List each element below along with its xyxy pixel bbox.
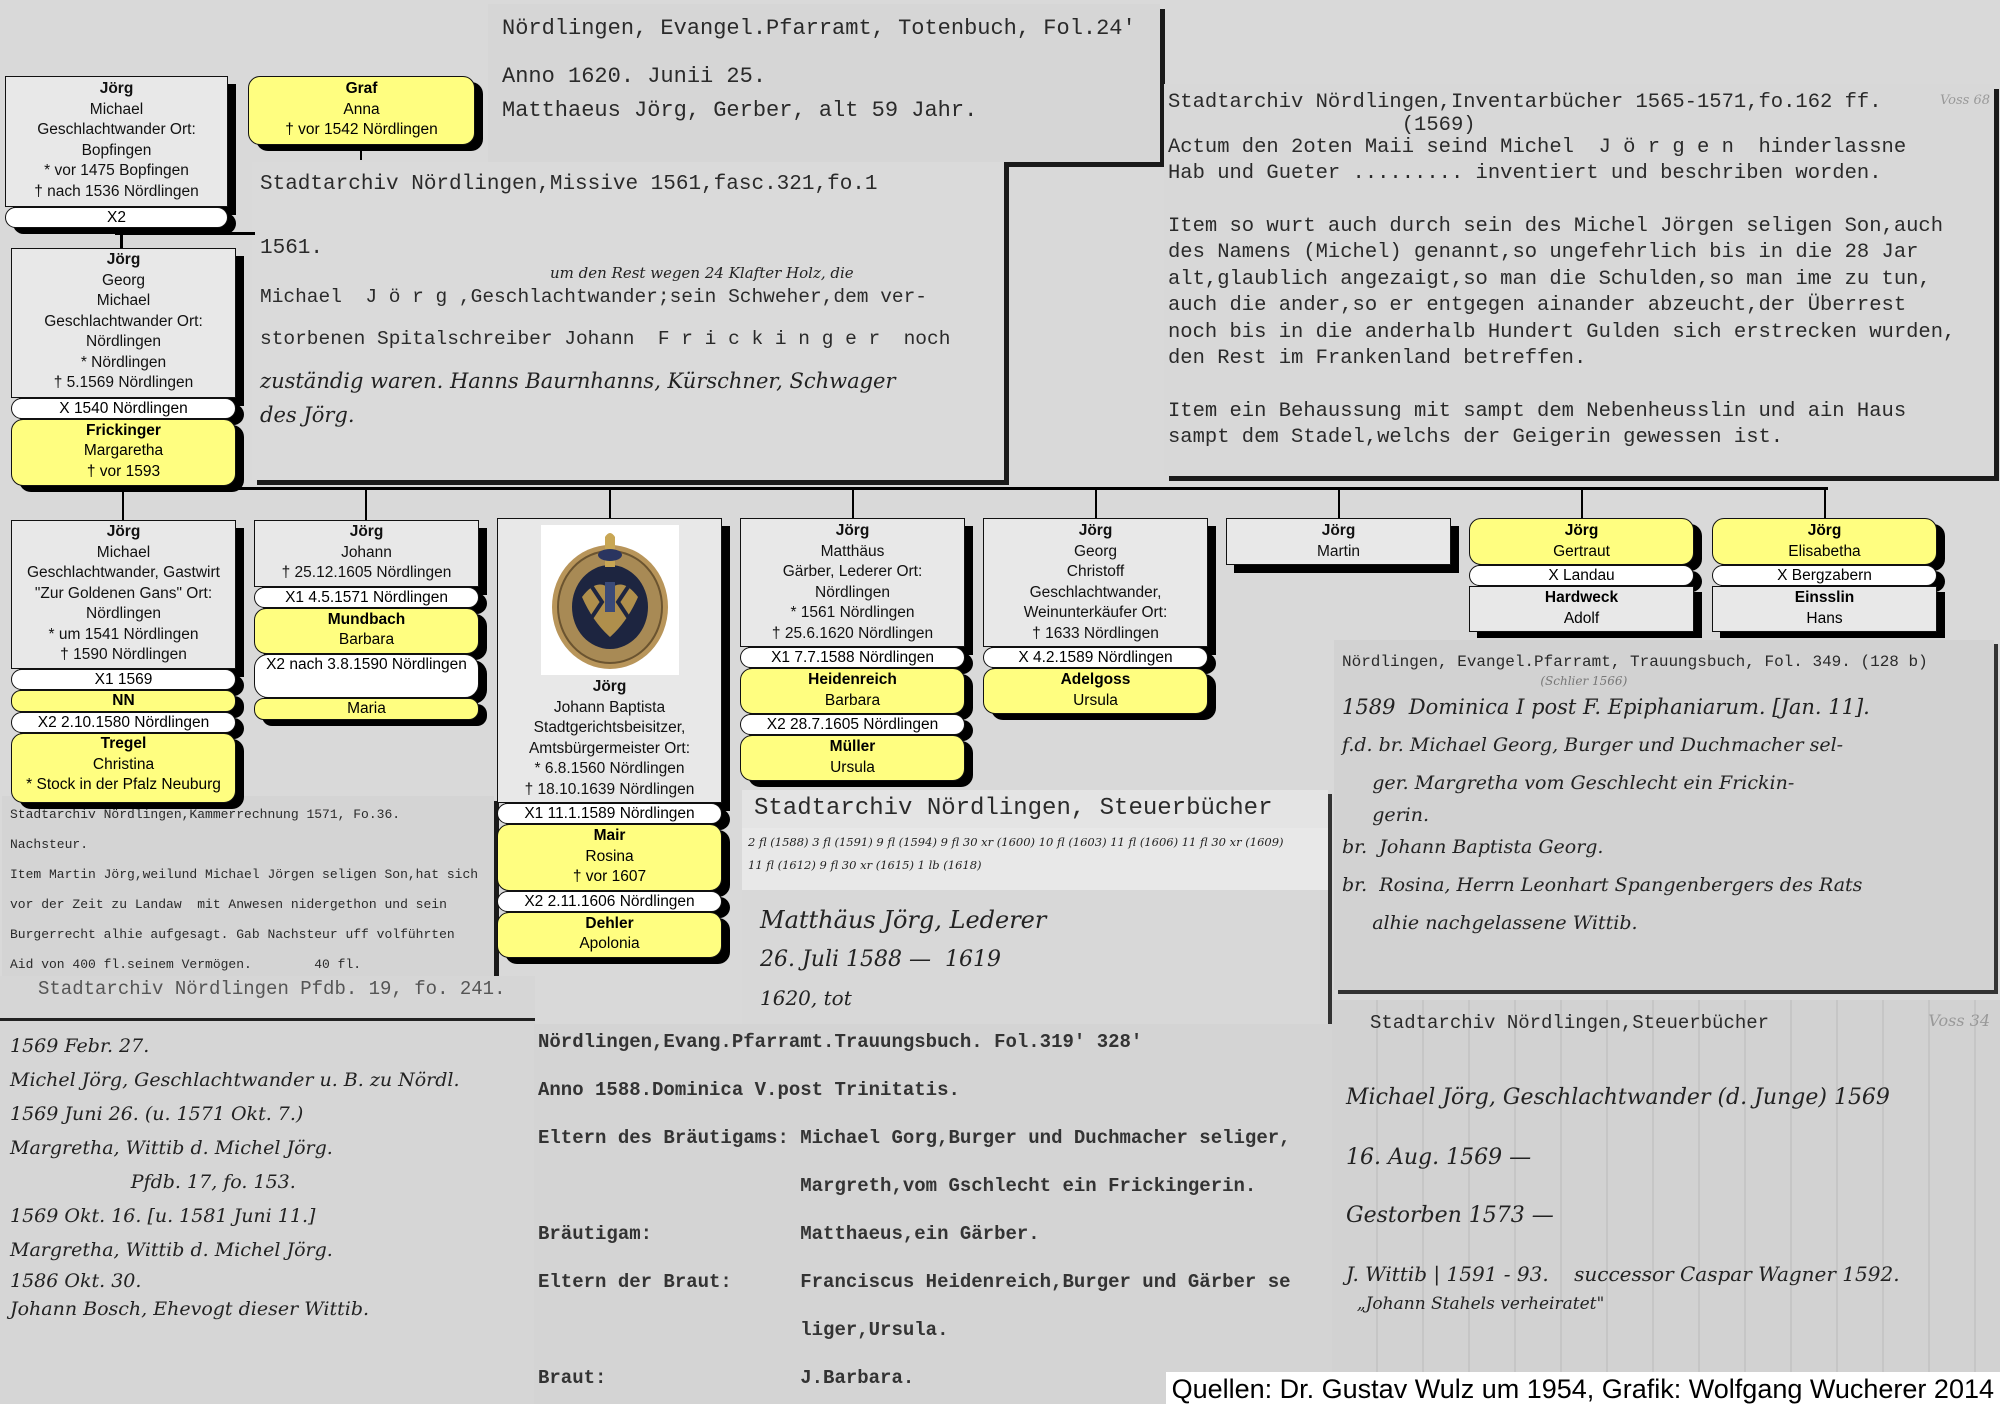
person-given-name: Elisabetha bbox=[1713, 542, 1936, 563]
person-box[interactable]: Jörg Michael Geschlachtwander Ort: Bopfi… bbox=[5, 76, 228, 207]
doc-line: gerin. bbox=[1342, 802, 1986, 828]
connector-line bbox=[1338, 488, 1340, 520]
spouse-box[interactable]: Adelgoss Ursula bbox=[983, 668, 1208, 714]
person-surname: Jörg bbox=[984, 521, 1207, 542]
doc-line: ger. Margretha vom Geschlecht ein Fricki… bbox=[1342, 764, 1986, 802]
person-detail: Geschlachtwander, Gastwirt bbox=[12, 563, 235, 584]
spouse-box[interactable]: Heidenreich Barbara bbox=[740, 668, 965, 714]
marriage-label: X2 2.11.1606 Nördlingen bbox=[497, 891, 722, 912]
person-given-name: Georg bbox=[984, 542, 1207, 563]
person-surname: Jörg bbox=[741, 521, 964, 542]
child-group-martin: Jörg Martin bbox=[1226, 518, 1451, 565]
person-given-name: Ursula bbox=[984, 691, 1207, 712]
person-surname: NN bbox=[12, 691, 235, 712]
doc-line: vor der Zeit zu Landaw mit Anwesen nider… bbox=[10, 890, 486, 920]
doc-steuerbuecher-2: Voss 34 Stadtarchiv Nördlingen,Steuerbüc… bbox=[1332, 1000, 2000, 1404]
doc-line: Stadtarchiv Nördlingen,Inventarbücher 15… bbox=[1168, 90, 1990, 117]
connector-line bbox=[120, 234, 123, 248]
doc-line: 2 fl (1588) 3 fl (1591) 9 fl (1594) 9 fl… bbox=[748, 830, 1322, 854]
doc-line: Eltern der Braut: Franciscus Heidenreich… bbox=[538, 1270, 1330, 1294]
doc-annotation: um den Rest wegen 24 Klafter Holz, die bbox=[550, 266, 996, 280]
person-given-name: Matthäus bbox=[741, 542, 964, 563]
person-surname: Jörg bbox=[12, 522, 235, 543]
doc-line: des Namens (Michel) genannt,so ungefehrl… bbox=[1168, 240, 1990, 267]
doc-line: Margretha, Wittib d. Michel Jörg. bbox=[10, 1233, 525, 1267]
person-given-name: Michael bbox=[12, 543, 235, 564]
person-detail: † vor 1593 bbox=[12, 462, 235, 483]
doc-line: 1620, tot bbox=[742, 980, 1328, 1016]
person-box[interactable]: Jörg Johann Baptista Stadtgerichtsbeisit… bbox=[497, 518, 722, 803]
doc-line: Michael J ö r g ,Geschlachtwander;sein S… bbox=[260, 280, 996, 314]
person-given-name: Anna bbox=[249, 100, 474, 121]
person-detail: † nach 1536 Nördlingen bbox=[6, 182, 227, 203]
doc-line bbox=[538, 1150, 1330, 1174]
connector-line bbox=[1824, 488, 1826, 520]
doc-line: Johann Bosch, Ehevogt dieser Wittib. bbox=[10, 1295, 525, 1323]
connector-line bbox=[365, 488, 367, 520]
person-detail: Geschlachtwander, bbox=[984, 583, 1207, 604]
doc-line: Nördlingen, Evangel.Pfarramt, Totenbuch,… bbox=[502, 12, 1146, 46]
doc-line: sampt dem Stadel,welchs der Geigerin gew… bbox=[1168, 425, 1990, 452]
doc-line: (1569) bbox=[1168, 117, 1990, 135]
doc-line: 1586 Okt. 30. bbox=[10, 1267, 525, 1295]
person-box[interactable]: Jörg Martin bbox=[1226, 518, 1451, 565]
person-detail: * 1561 Nördlingen bbox=[741, 603, 964, 624]
doc-line: 1561. bbox=[260, 232, 996, 266]
spouse-box[interactable]: NN bbox=[11, 690, 236, 713]
child-group-gertraut: Jörg Gertraut X Landau Hardweck Adolf bbox=[1469, 518, 1694, 632]
doc-line: 1569 Okt. 16. [u. 1581 Juni 11.] bbox=[10, 1199, 525, 1233]
spouse-box[interactable]: Mair Rosina † vor 1607 bbox=[497, 824, 722, 891]
doc-pfandbuch: Stadtarchiv Nördlingen Pfdb. 19, fo. 241… bbox=[0, 976, 535, 1404]
doc-line: liger,Ursula. bbox=[538, 1318, 1330, 1342]
person-given-name: Hans bbox=[1713, 609, 1936, 630]
person-detail: † 25.12.1605 Nördlingen bbox=[255, 563, 478, 584]
spouse-box[interactable]: Tregel Christina * Stock in der Pfalz Ne… bbox=[11, 733, 236, 803]
person-detail: Nördlingen bbox=[12, 332, 235, 353]
doc-line: Eltern des Bräutigams: Michael Gorg,Burg… bbox=[538, 1126, 1330, 1150]
doc-inventar: Voss 68 Stadtarchiv Nördlingen,Inventarb… bbox=[1164, 84, 1994, 476]
doc-line: Gestorben 1573 — bbox=[1346, 1196, 1986, 1236]
doc-line: Bräutigam: Matthaeus,ein Gärber. bbox=[538, 1222, 1330, 1246]
person-box[interactable]: Jörg Georg Michael Geschlachtwander Ort:… bbox=[11, 248, 236, 398]
doc-line: Anno 1620. Junii 25. bbox=[502, 60, 1146, 94]
doc-line: 16. Aug. 1569 — bbox=[1346, 1138, 1986, 1178]
person-detail: * um 1541 Nördlingen bbox=[12, 625, 235, 646]
marriage-label: X1 4.5.1571 Nördlingen bbox=[254, 587, 479, 608]
person-given-name: Apolonia bbox=[498, 934, 721, 955]
person-surname: Graf bbox=[249, 79, 474, 100]
connector-line bbox=[609, 488, 611, 520]
doc-line: Michael Jörg, Geschlachtwander (d. Junge… bbox=[1346, 1078, 1986, 1118]
person-surname: Jörg bbox=[6, 79, 227, 100]
child-group-georg-christoff: Jörg Georg Christoff Geschlachtwander, W… bbox=[983, 518, 1208, 714]
person-detail: † 18.10.1639 Nördlingen bbox=[498, 780, 721, 801]
doc-line: alhie nachgelassene Wittib. bbox=[1342, 904, 1986, 942]
person-given-name: Martin bbox=[1227, 542, 1450, 563]
person-surname: Adelgoss bbox=[984, 670, 1207, 691]
doc-line: Stadtarchiv Nördlingen,Kammerrechnung 15… bbox=[10, 800, 486, 830]
person-detail: † 25.6.1620 Nördlingen bbox=[741, 624, 964, 645]
child-group-elisabetha: Jörg Elisabetha X Bergzabern Einsslin Ha… bbox=[1712, 518, 1937, 632]
person-detail: † 1633 Nördlingen bbox=[984, 624, 1207, 645]
person-surname: Jörg bbox=[1713, 521, 1936, 542]
doc-line bbox=[538, 1294, 1330, 1318]
person-given-name: Barbara bbox=[255, 630, 478, 651]
doc-line: Matthäus Jörg, Lederer bbox=[742, 890, 1328, 940]
person-surname: Hardweck bbox=[1470, 588, 1693, 609]
person-given-name: Ursula bbox=[741, 758, 964, 779]
doc-line: (Schlier 1566) bbox=[1342, 674, 1986, 688]
person-surname: Einsslin bbox=[1713, 588, 1936, 609]
marriage-label: X2 nach 3.8.1590 Nördlingen bbox=[254, 654, 479, 698]
person-surname: Frickinger bbox=[12, 421, 235, 442]
person-surname: Tregel bbox=[12, 734, 235, 755]
doc-line: Nachsteur. bbox=[10, 830, 486, 860]
person-given-name: Adolf bbox=[1470, 609, 1693, 630]
doc-trauung-1589: Nördlingen, Evangel.Pfarramt, Trauungsbu… bbox=[1334, 640, 1994, 990]
spouse-box[interactable]: Hardweck Adolf bbox=[1469, 586, 1694, 632]
doc-line bbox=[1168, 373, 1990, 399]
doc-line: Item ein Behaussung mit sampt dem Nebenh… bbox=[1168, 399, 1990, 426]
doc-line: 11 fl (1612) 9 fl 30 xr (1615) 1 lb (161… bbox=[748, 854, 1322, 876]
doc-line: Item Martin Jörg,weilund Michael Jörgen … bbox=[10, 860, 486, 890]
person-detail: † vor 1542 Nördlingen bbox=[249, 120, 474, 141]
person-surname: Mundbach bbox=[255, 610, 478, 631]
connector-line bbox=[852, 488, 854, 520]
person-given-name: Rosina bbox=[498, 847, 721, 868]
doc-line: noch bis in die anderhalb Hundert Gulden… bbox=[1168, 320, 1990, 347]
doc-line: br. Johann Baptista Georg. bbox=[1342, 828, 1986, 866]
doc-line: storbenen Spitalschreiber Johann F r i c… bbox=[260, 322, 996, 356]
doc-line: Pfdb. 17, fo. 153. bbox=[10, 1165, 525, 1199]
connector-line bbox=[1095, 488, 1097, 520]
doc-line: 1589 Dominica I post F. Epiphaniarum. [J… bbox=[1342, 688, 1986, 726]
marriage-label: X1 7.7.1588 Nördlingen bbox=[740, 647, 965, 668]
child-group-michael: Jörg Michael Geschlachtwander, Gastwirt … bbox=[11, 520, 236, 803]
gen1-father-group: Jörg Michael Geschlachtwander Ort: Bopfi… bbox=[5, 76, 228, 228]
person-box[interactable]: Jörg Georg Christoff Geschlachtwander, W… bbox=[983, 518, 1208, 647]
doc-line: Margretha, Wittib d. Michel Jörg. bbox=[10, 1131, 525, 1165]
person-detail: * vor 1475 Bopfingen bbox=[6, 161, 227, 182]
person-detail: Stadtgerichtsbeisitzer, bbox=[498, 718, 721, 739]
doc-margin-note: Voss 68 bbox=[1940, 88, 1990, 115]
person-detail: Nördlingen bbox=[12, 604, 235, 625]
connector-line bbox=[115, 232, 255, 235]
person-detail: Weinunterkäufer Ort: bbox=[984, 603, 1207, 624]
doc-line: 26. Juli 1588 — 1619 bbox=[742, 940, 1328, 980]
person-detail: "Zur Goldenen Gans" Ort: bbox=[12, 584, 235, 605]
doc-line: Nördlingen, Evangel.Pfarramt, Trauungsbu… bbox=[1342, 650, 1986, 674]
person-detail: * Nördlingen bbox=[12, 353, 235, 374]
person-given-name: Johann bbox=[255, 543, 478, 564]
person-box[interactable]: Jörg Matthäus Gärber, Lederer Ort: Nördl… bbox=[740, 518, 965, 647]
person-detail: † 5.1569 Nördlingen bbox=[12, 373, 235, 394]
marriage-label: X Bergzabern bbox=[1712, 565, 1937, 586]
doc-line: auch die ander,so er entgegen ainander a… bbox=[1168, 293, 1990, 320]
marriage-label: X 1540 Nördlingen bbox=[11, 398, 236, 419]
connector-line bbox=[122, 488, 124, 520]
person-detail: Bopfingen bbox=[6, 141, 227, 162]
person-given-name: Georg bbox=[12, 271, 235, 292]
doc-line bbox=[538, 1054, 1330, 1078]
doc-line: Item so wurt auch durch sein des Michel … bbox=[1168, 214, 1990, 241]
spouse-box[interactable]: Mundbach Barbara bbox=[254, 608, 479, 654]
person-detail: Gärber, Lederer Ort: bbox=[741, 562, 964, 583]
person-given-name: Christina bbox=[12, 755, 235, 776]
doc-line: Stadtarchiv Nördlingen,Missive 1561,fasc… bbox=[260, 168, 996, 202]
person-given-name: Margaretha bbox=[12, 441, 235, 462]
spouse-box[interactable]: Dehler Apolonia bbox=[497, 912, 722, 958]
doc-line: Matthaeus Jörg, Gerber, alt 59 Jahr. bbox=[502, 94, 1146, 128]
gen2-group: Jörg Georg Michael Geschlachtwander Ort:… bbox=[11, 248, 236, 486]
person-detail: Amtsbürgermeister Ort: bbox=[498, 739, 721, 760]
person-detail: Geschlachtwander Ort: bbox=[12, 312, 235, 333]
doc-line: Stadtarchiv Nördlingen Pfdb. 19, fo. 241… bbox=[10, 978, 525, 1000]
person-surname: Jörg bbox=[1227, 521, 1450, 542]
child-group-matthaeus: Jörg Matthäus Gärber, Lederer Ort: Nördl… bbox=[740, 518, 965, 781]
doc-line: zuständig waren. Hanns Baurnhanns, Kürsc… bbox=[260, 364, 996, 398]
spouse-box[interactable]: Einsslin Hans bbox=[1712, 586, 1937, 632]
doc-trauung-1588: Nördlingen,Evang.Pfarramt.Trauungsbuch. … bbox=[534, 1024, 1334, 1404]
person-surname: Dehler bbox=[498, 914, 721, 935]
doc-margin-note: Voss 34 bbox=[1928, 1006, 1990, 1036]
doc-title: Stadtarchiv Nördlingen,Steuerbücher bbox=[1346, 1008, 1986, 1038]
doc-line: br. Rosina, Herrn Leonhart Spangenberger… bbox=[1342, 866, 1986, 904]
doc-line: Actum den 2oten Maii seind Michel J ö r … bbox=[1168, 135, 1990, 162]
doc-line: f.d. br. Michael Georg, Burger und Duchm… bbox=[1342, 726, 1986, 764]
doc-line bbox=[538, 1198, 1330, 1222]
spouse-box[interactable]: Müller Ursula bbox=[740, 735, 965, 781]
doc-line: Hab und Gueter ......... inventiert und … bbox=[1168, 161, 1990, 188]
doc-kammerrechnung: Stadtarchiv Nördlingen,Kammerrechnung 15… bbox=[2, 796, 494, 980]
marriage-label: X1 1569 bbox=[11, 669, 236, 690]
doc-line: Anno 1588.Dominica V.post Trinitatis. bbox=[538, 1078, 1330, 1102]
person-surname: Heidenreich bbox=[741, 670, 964, 691]
doc-line: den Rest im Frankenland betreffen. bbox=[1168, 346, 1990, 373]
doc-title: Stadtarchiv Nördlingen, Steuerbücher bbox=[742, 790, 1328, 828]
person-surname: Jörg bbox=[12, 250, 235, 271]
person-detail: † 1590 Nördlingen bbox=[12, 645, 235, 666]
person-box[interactable]: Jörg Gertraut bbox=[1469, 518, 1694, 565]
medallion-icon bbox=[547, 527, 673, 673]
doc-line bbox=[538, 1102, 1330, 1126]
person-surname: Jörg bbox=[498, 677, 721, 698]
doc-steuerbuecher-1: Stadtarchiv Nördlingen, Steuerbücher 2 f… bbox=[742, 790, 1328, 1030]
doc-tax-list: 2 fl (1588) 3 fl (1591) 9 fl (1594) 9 fl… bbox=[742, 828, 1328, 890]
gen1-mother-box[interactable]: Graf Anna † vor 1542 Nördlingen bbox=[248, 76, 475, 145]
person-surname: Mair bbox=[498, 826, 721, 847]
doc-line: alt,glaublich angezaigt,so man die Schul… bbox=[1168, 267, 1990, 294]
person-detail: Christoff bbox=[984, 562, 1207, 583]
person-surname: Jörg bbox=[1470, 521, 1693, 542]
person-given-name: Michael bbox=[6, 100, 227, 121]
doc-line: des Jörg. bbox=[260, 398, 996, 432]
connector-line bbox=[122, 487, 1828, 490]
doc-line: Margreth,vom Gschlecht ein Frickingerin. bbox=[538, 1174, 1330, 1198]
person-given-name: Maria bbox=[255, 699, 478, 720]
child-group-johann-baptista: Jörg Johann Baptista Stadtgerichtsbeisit… bbox=[497, 518, 722, 958]
child-group-johann: Jörg Johann † 25.12.1605 Nördlingen X1 4… bbox=[254, 520, 479, 720]
person-given-name: Johann Baptista bbox=[498, 698, 721, 719]
person-detail: Michael bbox=[12, 291, 235, 312]
person-detail: * 6.8.1560 Nördlingen bbox=[498, 759, 721, 780]
spouse-box[interactable]: Maria bbox=[254, 698, 479, 721]
person-box[interactable]: Jörg Elisabetha bbox=[1712, 518, 1937, 565]
marriage-label: X2 2.10.1580 Nördlingen bbox=[11, 712, 236, 733]
doc-totenbuch: Nördlingen, Evangel.Pfarramt, Totenbuch,… bbox=[488, 4, 1160, 162]
doc-line: J. Wittib | 1591 - 93. successor Caspar … bbox=[1346, 1256, 1986, 1292]
person-box[interactable]: Jörg Michael Geschlachtwander, Gastwirt … bbox=[11, 520, 236, 669]
doc-line: 1569 Febr. 27. bbox=[10, 1029, 525, 1063]
person-given-name: Gertraut bbox=[1470, 542, 1693, 563]
doc-line bbox=[538, 1342, 1330, 1366]
person-given-name: Barbara bbox=[741, 691, 964, 712]
connector-line bbox=[1581, 488, 1583, 520]
marriage-label: X 4.2.1589 Nördlingen bbox=[983, 647, 1208, 668]
person-detail: † vor 1607 bbox=[498, 867, 721, 888]
person-box[interactable]: Jörg Johann † 25.12.1605 Nördlingen bbox=[254, 520, 479, 587]
doc-line bbox=[1168, 188, 1990, 214]
person-surname: Jörg bbox=[255, 522, 478, 543]
doc-line: Nördlingen,Evang.Pfarramt.Trauungsbuch. … bbox=[538, 1030, 1330, 1054]
person-surname: Müller bbox=[741, 737, 964, 758]
marriage-label: X1 11.1.1589 Nördlingen bbox=[497, 803, 722, 824]
person-detail: Nördlingen bbox=[741, 583, 964, 604]
marriage-label: X Landau bbox=[1469, 565, 1694, 586]
doc-line: Burgerrecht alhie aufgesagt. Gab Nachste… bbox=[10, 920, 486, 950]
spouse-box[interactable]: Frickinger Margaretha † vor 1593 bbox=[11, 419, 236, 487]
doc-missive: Stadtarchiv Nördlingen,Missive 1561,fasc… bbox=[252, 162, 1004, 480]
doc-line bbox=[538, 1246, 1330, 1270]
medallion-portrait-image bbox=[541, 525, 679, 675]
person-detail: Geschlachtwander Ort: bbox=[6, 120, 227, 141]
doc-line: 1569 Juni 26. (u. 1571 Okt. 7.) bbox=[10, 1097, 525, 1131]
doc-line: Michel Jörg, Geschlachtwander u. B. zu N… bbox=[10, 1063, 525, 1097]
marriage-label: X2 bbox=[5, 207, 228, 228]
marriage-label: X2 28.7.1605 Nördlingen bbox=[740, 714, 965, 735]
source-credit: Quellen: Dr. Gustav Wulz um 1954, Grafik… bbox=[1166, 1372, 2000, 1404]
doc-line: „Johann Stahels verheiratet" bbox=[1346, 1292, 1986, 1316]
person-detail: * Stock in der Pfalz Neuburg bbox=[12, 775, 235, 796]
